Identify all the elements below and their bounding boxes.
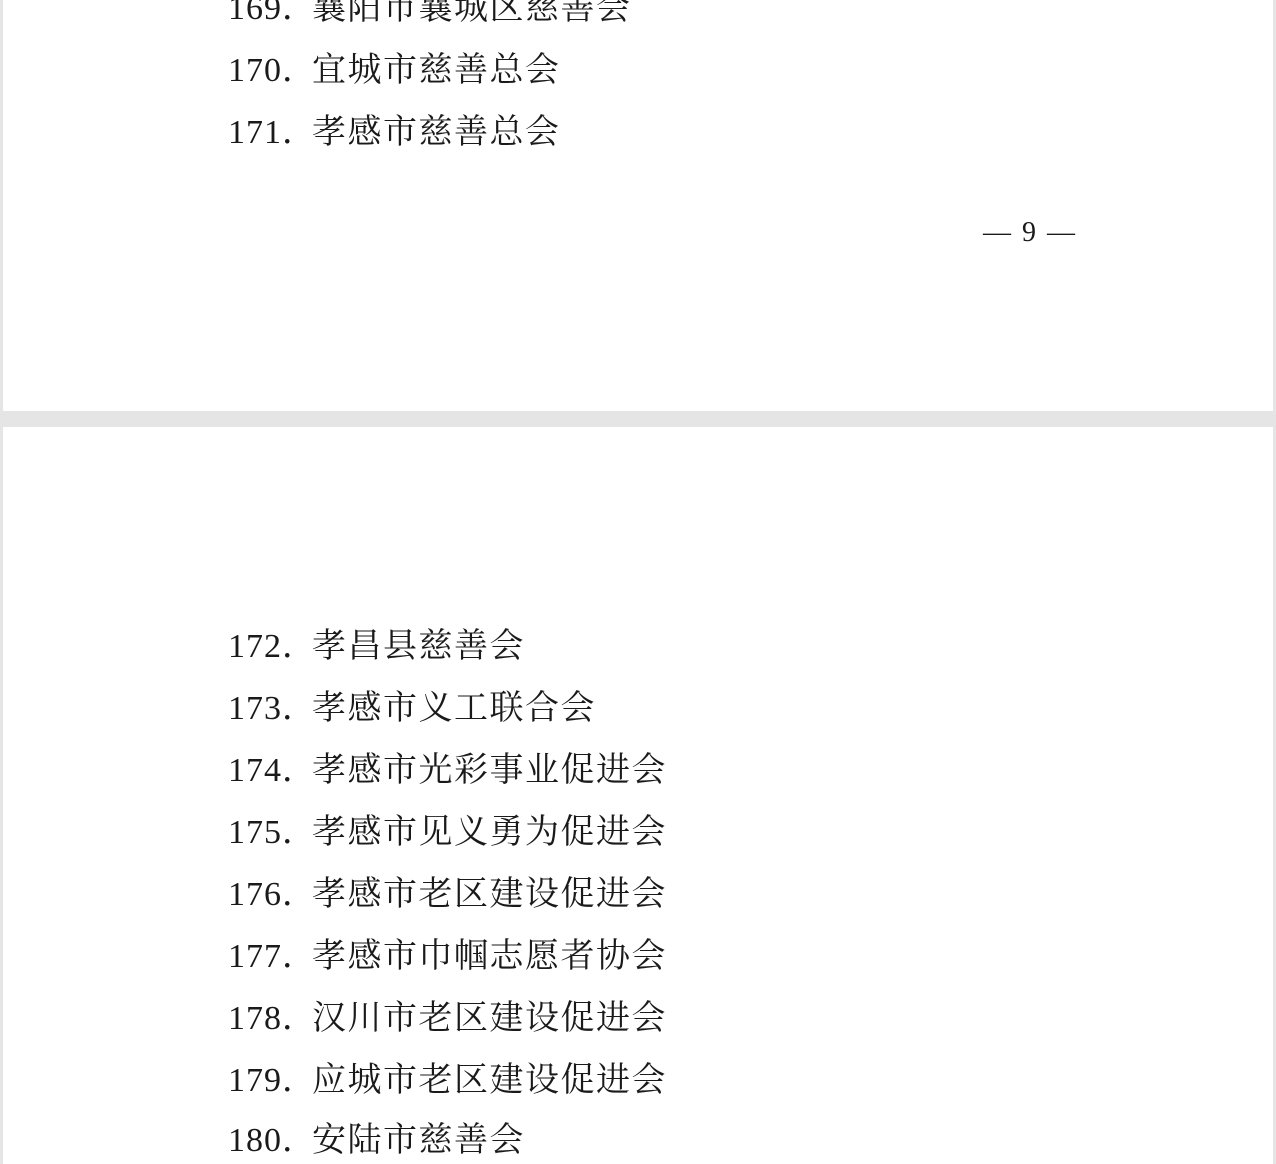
list-item: 175．孝感市见义勇为促进会 — [228, 802, 667, 864]
list-item-number: 172． — [228, 616, 312, 678]
list-item: 171．孝感市慈善总会 — [228, 102, 561, 164]
list-item-number: 175． — [228, 802, 312, 864]
list-item-number: 171． — [228, 102, 312, 164]
list-item: 174．孝感市光彩事业促进会 — [228, 740, 667, 802]
list-item: 177．孝感市巾帼志愿者协会 — [228, 926, 667, 988]
list-item-text: 安陆市慈善会 — [312, 1122, 525, 1159]
document-page-9: 169．襄阳市襄城区慈善会 170．宜城市慈善总会 171．孝感市慈善总会 — … — [3, 0, 1273, 411]
list-item-number: 178． — [228, 988, 312, 1050]
list-item-text: 孝感市见义勇为促进会 — [312, 814, 667, 851]
list-item-number: 173． — [228, 678, 312, 740]
list-item-number: 176． — [228, 864, 312, 926]
list-item-text: 孝感市老区建设促进会 — [312, 876, 667, 913]
list-item-number: 170． — [228, 40, 312, 102]
list-item-text: 汉川市老区建设促进会 — [312, 1000, 667, 1037]
list-item: 179．应城市老区建设促进会 — [228, 1050, 667, 1112]
list-item-number: 169． — [228, 0, 312, 40]
list-item-number: 177． — [228, 926, 312, 988]
list-item: 169．襄阳市襄城区慈善会 — [228, 0, 632, 40]
list-item: 170．宜城市慈善总会 — [228, 40, 561, 102]
list-item-number: 180． — [228, 1110, 312, 1164]
document-page-10: 172．孝昌县慈善会 173．孝感市义工联合会 174．孝感市光彩事业促进会 1… — [3, 427, 1273, 1164]
list-item-text: 孝感市慈善总会 — [312, 114, 561, 151]
list-item: 176．孝感市老区建设促进会 — [228, 864, 667, 926]
document-viewer[interactable]: 169．襄阳市襄城区慈善会 170．宜城市慈善总会 171．孝感市慈善总会 — … — [0, 0, 1276, 1164]
list-item: 180．安陆市慈善会 — [228, 1110, 525, 1164]
list-item-number: 179． — [228, 1050, 312, 1112]
list-item: 178．汉川市老区建设促进会 — [228, 988, 667, 1050]
list-item-text: 孝感市光彩事业促进会 — [312, 752, 667, 789]
list-item: 173．孝感市义工联合会 — [228, 678, 596, 740]
list-item: 172．孝昌县慈善会 — [228, 616, 525, 678]
list-item-number: 174． — [228, 740, 312, 802]
list-item-text: 孝昌县慈善会 — [312, 628, 525, 665]
list-item-text: 襄阳市襄城区慈善会 — [312, 0, 632, 27]
list-item-text: 宜城市慈善总会 — [312, 52, 561, 89]
list-item-text: 应城市老区建设促进会 — [312, 1062, 667, 1099]
page-number: — 9 — — [983, 202, 1075, 264]
list-item-text: 孝感市义工联合会 — [312, 690, 596, 727]
list-item-text: 孝感市巾帼志愿者协会 — [312, 938, 667, 975]
